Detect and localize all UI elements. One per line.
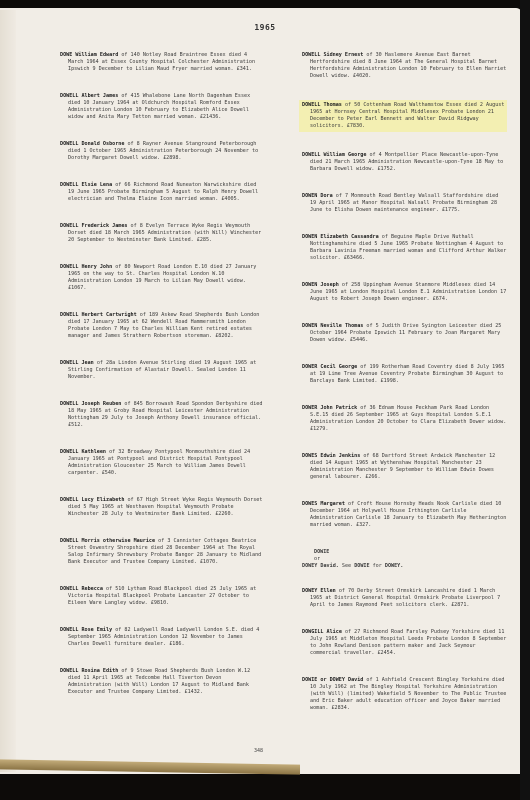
probate-entry: DOWELL Morris otherwise Maurice of 3 Can… [60,538,265,566]
probate-entry: DOWELL Rose Emily of 82 Ladywell Road La… [60,627,265,648]
entry-given-names: Cecil George [320,364,360,370]
entry-given-names: Lucy Elizabeth [81,497,127,503]
entry-given-names: Rebecca [81,586,106,592]
entry-given-names: Frederick James [81,223,130,229]
entry-given-names: Herbert Cartwright [81,312,139,318]
entry-surname: DOWES [302,453,320,459]
entry-surname: DOWELL [60,312,81,318]
entry-surname: DOWES [302,501,320,507]
entry-surname: DOWELL [60,223,81,229]
entry-surname: DOWELL [60,264,81,270]
entry-details: of 70 Derby Street Ormskirk Lancashire d… [310,588,500,608]
entry-surname: DOWEY [302,588,320,594]
probate-entry: DOWER Cecil George of 199 Rotherham Road… [302,364,507,385]
entry-surname: DOWE [60,52,75,58]
page-gutter [0,10,16,772]
page-year-heading: 1965 [0,23,530,32]
probate-entry: DOWELL Kathleen of 32 Broadway Pontypool… [60,449,265,477]
entry-surname: DOWELL [60,497,81,503]
entry-surname: DOWEN [302,282,320,288]
entry-given-names: Joseph Reuben [81,401,124,407]
probate-entry: DOWELL Joseph Reuben of 845 Borrowash Ro… [60,401,265,429]
probate-entry: DOWELL Henry John of 80 Newport Road Lon… [60,264,265,292]
probate-entry: DOWES Margaret of Croft House Hornsby He… [302,501,507,529]
probate-entry: DOWES Edwin Jenkins of 68 Dartford Stree… [302,453,507,481]
probate-entry: DOWELL Rebecca of 510 Lytham Road Blackp… [60,586,265,607]
entry-surname: DOWELL [60,668,81,674]
entry-given-names: Elsie Lena [81,182,115,188]
entry-given-names: Margaret [320,501,348,507]
probate-entry: DOWER John Patrick of 36 Ednam House Pec… [302,405,507,433]
entry-surname: DOWELL [302,102,323,108]
right-column: DOWELL Sidney Ernest of 30 Haslemere Ave… [302,52,507,732]
entry-surname: DOWELL [60,182,81,188]
entry-given-names: Ellen [320,588,338,594]
probate-entry: DOWEY Ellen of 70 Derby Street Ormskirk … [302,588,507,609]
entry-given-names: Henry John [81,264,115,270]
entry-details: of 28a Lindon Avenue Stirling died 19 Au… [68,360,256,380]
entry-surname: DOWER [302,364,320,370]
scan-border [520,0,530,800]
entry-surname: DOWIE or DOWEY [302,677,348,683]
entry-surname: DOWER [302,405,320,411]
entry-surname: DOWELL [302,52,323,58]
probate-entry: DOWELL Elsie Lena of 66 Richmond Road Nu… [60,182,265,203]
probate-entry: DOWELL Donald Osborne of 8 Rayner Avenue… [60,141,265,162]
entry-surname: DOWELL [60,360,81,366]
entry-surname: DOWELL [60,93,81,99]
entry-given-names: William George [323,152,369,158]
cross-reference: DOWIEorDOWEY David. See DOWIE for DOWEY. [302,549,507,570]
entry-given-names: Thomas [323,102,344,108]
entry-surname: DOWELL [60,449,81,455]
entry-surname: DOWELL [60,586,81,592]
probate-entry: DOWELL Herbert Cartwright of 189 Askew R… [60,312,265,340]
entry-given-names: Kathleen [81,449,109,455]
entry-given-names: Morris otherwise Maurice [81,538,158,544]
entry-surname: DOWEN [302,234,320,240]
entry-given-names: Elizabeth Cassandra [320,234,381,240]
entry-given-names: Joseph [320,282,341,288]
probate-entry: DOWELL Albert James of 415 Whalebone Lan… [60,93,265,121]
probate-entry: DOWIE or DOWEY David of 1 Ashfield Cresc… [302,677,507,712]
probate-entry: DOWEN Dora of 7 Monmouth Road Bentley Wa… [302,193,507,214]
probate-entry: DOWELL Sidney Ernest of 30 Haslemere Ave… [302,52,507,80]
entry-given-names: David [348,677,366,683]
entry-surname: DOWEN [302,193,320,199]
probate-entry: DOWEN Elizabeth Cassandra of Beguine Map… [302,234,507,262]
probate-entry: DOWEN Neville Thomas of 5 Judith Drive S… [302,323,507,344]
probate-entry: DOWELL Lucy Elizabeth of 67 High Street … [60,497,265,518]
entry-surname: DOWELL [60,141,81,147]
entry-surname: DOWELL [60,401,81,407]
page-number: 348 [254,748,263,754]
probate-entry: DOWE William Edward of 140 Notley Road B… [60,52,265,73]
entry-given-names: Albert James [81,93,121,99]
entry-surname: DOWGILL [302,629,327,635]
entry-given-names: Sidney Ernest [323,52,366,58]
entry-given-names: Rosina Edith [81,668,121,674]
entry-surname: DOWELL [60,538,81,544]
entry-surname: DOWELL [302,152,323,158]
probate-entry: DOWGILL Alice of 27 Richmond Road Farsle… [302,629,507,657]
entry-details: of 7 Monmouth Road Bentley Walsall Staff… [310,193,498,213]
left-column: DOWE William Edward of 140 Notley Road B… [60,52,265,716]
entry-surname: DOWEN [302,323,320,329]
probate-entry: DOWELL Frederick James of 8 Evelyn Terra… [60,223,265,244]
entry-given-names: Edwin Jenkins [320,453,363,459]
probate-entry: DOWELL William George of 4 Montpellier P… [302,152,507,173]
probate-entry: DOWELL Thomas of 50 Cottenham Road Walth… [299,100,507,132]
entry-given-names: Jean [81,360,96,366]
entry-given-names: Neville Thomas [320,323,366,329]
entry-given-names: Donald Osborne [81,141,127,147]
probate-entry: DOWEN Joseph of 258 Uppingham Avenue Sta… [302,282,507,303]
probate-entry: DOWELL Jean of 28a Lindon Avenue Stirlin… [60,360,265,381]
entry-given-names: Rose Emily [81,627,115,633]
probate-entry: DOWELL Rosina Edith of 9 Stowe Road Shep… [60,668,265,696]
entry-given-names: Dora [320,193,335,199]
entry-surname: DOWELL [60,627,81,633]
entry-given-names: John Patrick [320,405,360,411]
entry-given-names: William Edward [75,52,121,58]
entry-given-names: Alice [327,629,345,635]
